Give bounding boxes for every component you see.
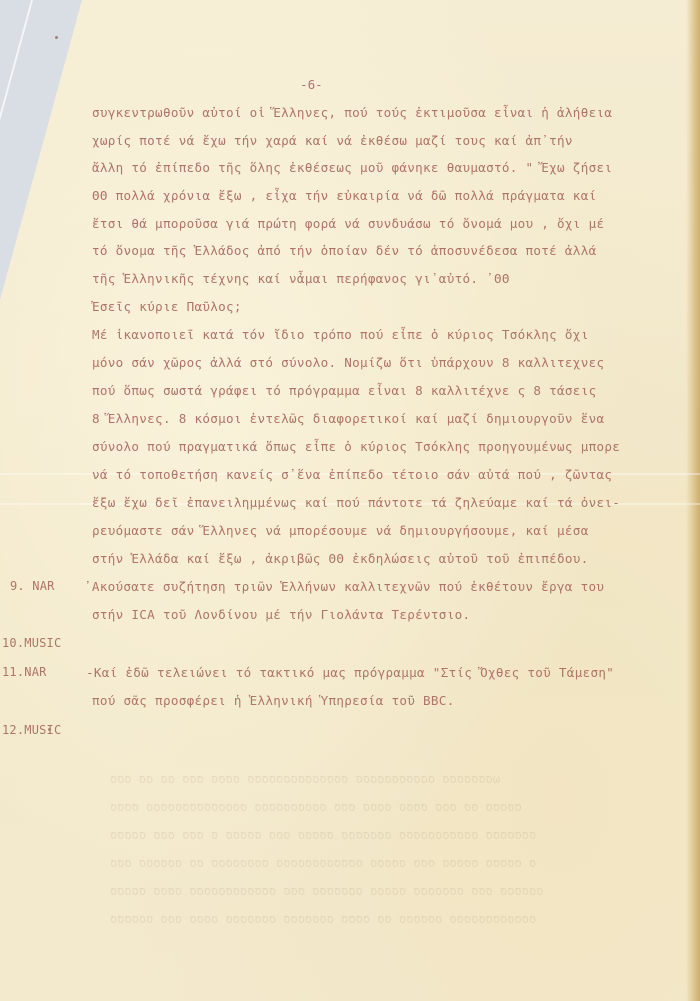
narration-line: ᾽Ακούσατε συζήτηση τριῶν Ἑλλήνων καλλιτε… bbox=[84, 579, 604, 594]
body-line: ἔτσι θά μποροῦσα γιά πρώτη φορά νά συνδυ… bbox=[92, 216, 604, 231]
body-line: ρευόμαστε σάν Ἕλληνες νά μπορέσουμε νά δ… bbox=[92, 523, 589, 538]
bleed-through-text: σσσσσ σσ σσσ σσσσ σσσσ σσσ σσσσσσσσσσ σσ… bbox=[110, 800, 522, 814]
body-line: ΘΘ πολλά χρόνια ἔξω , εἶχα τήν εὐκαιρία … bbox=[92, 188, 596, 203]
narration-line: στήν ICA τοῦ Λονδίνου μέ τήν Γιολάντα Τε… bbox=[92, 607, 470, 622]
script-cue-label: 10.MUSIC bbox=[2, 636, 61, 650]
page-number: -6- bbox=[300, 77, 323, 92]
bleed-through-text: σσσσσσσσσσσσ σσσσσσ σσ σσσσ σσσσσσσ σσσσ… bbox=[110, 912, 536, 926]
script-cue-label: 12.MUSIC bbox=[2, 723, 61, 737]
body-line: ἄλλη τό ἐπίπεδο τῆς ὅλης ἐκθέσεως μοῦ φά… bbox=[92, 160, 612, 175]
body-line: μόνο σάν χῶρος ἀλλά στό σύνολο. Νομίζω ὅ… bbox=[92, 355, 604, 370]
bleed-through-text: ωσσσσσσσ σσσσσσσσσσσ σσσσσσσσσσσσσσ σσσσ… bbox=[110, 772, 500, 786]
body-line: πού ὅπως σωστά γράφει τό πρόγραμμα εἶναι… bbox=[92, 383, 596, 398]
body-line: χωρίς ποτέ νά ἔχω τήν χαρά καί νά ἐκθέσω… bbox=[92, 133, 573, 148]
body-line: σύνολο πού πραγματικά ὅπως εἶπε ὁ κύριος… bbox=[92, 439, 620, 454]
bleed-through-text: σ σσσσσ σσσσσ σσσ σσσσσ σσσσσσσσσσσσ σσσ… bbox=[110, 856, 536, 870]
body-line: ἔξω ἔχω δεῖ ἐπανειλημμένως καί πού πάντο… bbox=[92, 495, 620, 510]
script-cue-label: 9. NAR bbox=[10, 579, 55, 593]
document-page: ωσσσσσσσ σσσσσσσσσσσ σσσσσσσσσσσσσσ σσσσ… bbox=[0, 0, 700, 1001]
body-line: νά τό τοποθετήση κανείς σ᾽ἕνα ἐπίπεδο τέ… bbox=[92, 467, 612, 482]
body-line: Μέ ἱκανοποιεῖ κατά τόν ἴδιο τρόπο πού εἶ… bbox=[92, 327, 589, 342]
body-line: τό ὄνομα τῆς Ἑλλάδος ἀπό τήν ὁποίαν δέν … bbox=[92, 243, 596, 258]
body-line: στήν Ἑλλάδα καί ἔξω , ἀκριβῶς ΘΘ ἐκδηλώσ… bbox=[92, 551, 589, 566]
script-cue-label: 11.NAR bbox=[2, 665, 47, 679]
body-line: συγκεντρωθοῦν αὐτοί οἱ Ἕλληνες, πού τούς… bbox=[92, 105, 612, 120]
bleed-through-text: σσσσσσσ σσσσσσσσσσσ σσσσσσσ σσσσσ σσσ σσ… bbox=[110, 828, 536, 842]
ink-speck bbox=[55, 36, 58, 39]
page-edge-shadow bbox=[686, 0, 700, 1001]
folded-corner bbox=[0, 0, 82, 300]
body-line: 8 Ἕλληνες. 8 κόσμοι ἐντελῶς διαφορετικοί… bbox=[92, 411, 604, 426]
body-line: τῆς Ἑλληνικῆς τέχνης καί νἆμαι περήφανος… bbox=[92, 271, 510, 286]
body-line-speaker-question: Ἐσεῖς κύριε Παῦλος; bbox=[92, 299, 242, 314]
bleed-through-text: σσσσσσ σσσ σσσσσσσ σσσσσ σσσσσσσ σσσ σσσ… bbox=[110, 884, 543, 898]
narration-line: -Καί ἐδῶ τελειώνει τό τακτικό μας πρόγρα… bbox=[86, 665, 614, 680]
narration-line: πού σᾶς προσφέρει ἡ Ἑλληνική Ὑπηρεσία το… bbox=[92, 693, 455, 708]
